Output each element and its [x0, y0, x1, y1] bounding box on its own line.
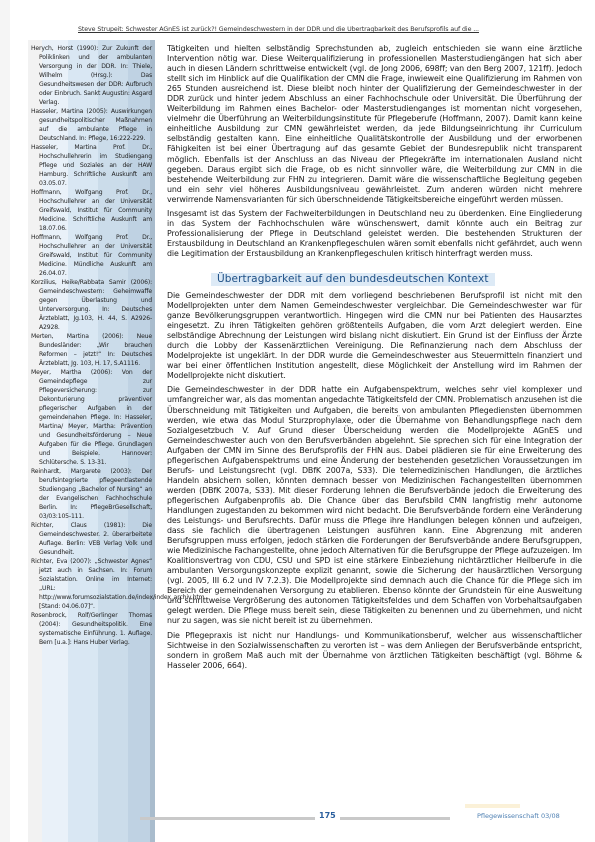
page-footer: 175 Pflegewissenschaft 03/08 — [140, 812, 595, 822]
body-paragraph: Die Gemeindeschwester in der DDR hatte e… — [167, 385, 582, 626]
reference-list: Herych, Horst (1990): Zur Zukunft der Po… — [31, 44, 152, 647]
reference-item: Reinhardt, Margarete (2003): Der berufsi… — [31, 467, 152, 521]
reference-item: Meyer, Martha (2006): Von der Gemeindepf… — [31, 368, 152, 467]
page-margin — [0, 0, 10, 842]
body-paragraph: Insgesamt ist das System der Fachweiterb… — [167, 209, 582, 259]
journal-issue: Pflegewissenschaft 03/08 — [477, 812, 560, 820]
reference-item: Hasseler, Martina (2005): Auswirkungen g… — [31, 107, 152, 143]
reference-item: Herych, Horst (1990): Zur Zukunft der Po… — [31, 44, 152, 107]
section-heading-wrap: Übertragbarkeit auf den bundesdeutschen … — [167, 265, 582, 289]
reference-item: Richter, Eva (2007): „Schwester Agnes“ j… — [31, 557, 152, 611]
body-paragraph: Die Gemeindeschwester der DDR mit dem vo… — [167, 291, 582, 381]
reference-item: Hasseler, Martina Prof. Dr., Hochschulle… — [31, 143, 152, 188]
reference-item: Hoffmann, Wolfgang Prof. Dr., Hochschull… — [31, 188, 152, 233]
footer-accent — [465, 804, 520, 808]
section-heading: Übertragbarkeit auf den bundesdeutschen … — [211, 273, 495, 286]
running-head: Steve Strupeit: Schwester AGnES ist zurü… — [78, 26, 588, 33]
reference-item: Richter, Claus (1981): Die Gemeindeschwe… — [31, 521, 152, 557]
body-paragraph: Tätigkeiten und hielten selbständig Spre… — [167, 44, 582, 205]
reference-item: Merten, Martina (2006): Neue Bundeslände… — [31, 332, 152, 368]
page-number: 175 — [315, 811, 340, 820]
footer-rule — [140, 817, 450, 820]
main-text-column: Tätigkeiten und hielten selbständig Spre… — [167, 44, 582, 675]
reference-item: Rosenbrock, Rolf/Gerlinger Thomas (2004)… — [31, 611, 152, 647]
reference-item: Hoffmann, Wolfgang Prof. Dr., Hochschull… — [31, 233, 152, 278]
reference-item: Korzilius, Heike/Rabbata Samir (2006): G… — [31, 278, 152, 332]
body-paragraph: Die Pflegepraxis ist nicht nur Handlungs… — [167, 631, 582, 671]
